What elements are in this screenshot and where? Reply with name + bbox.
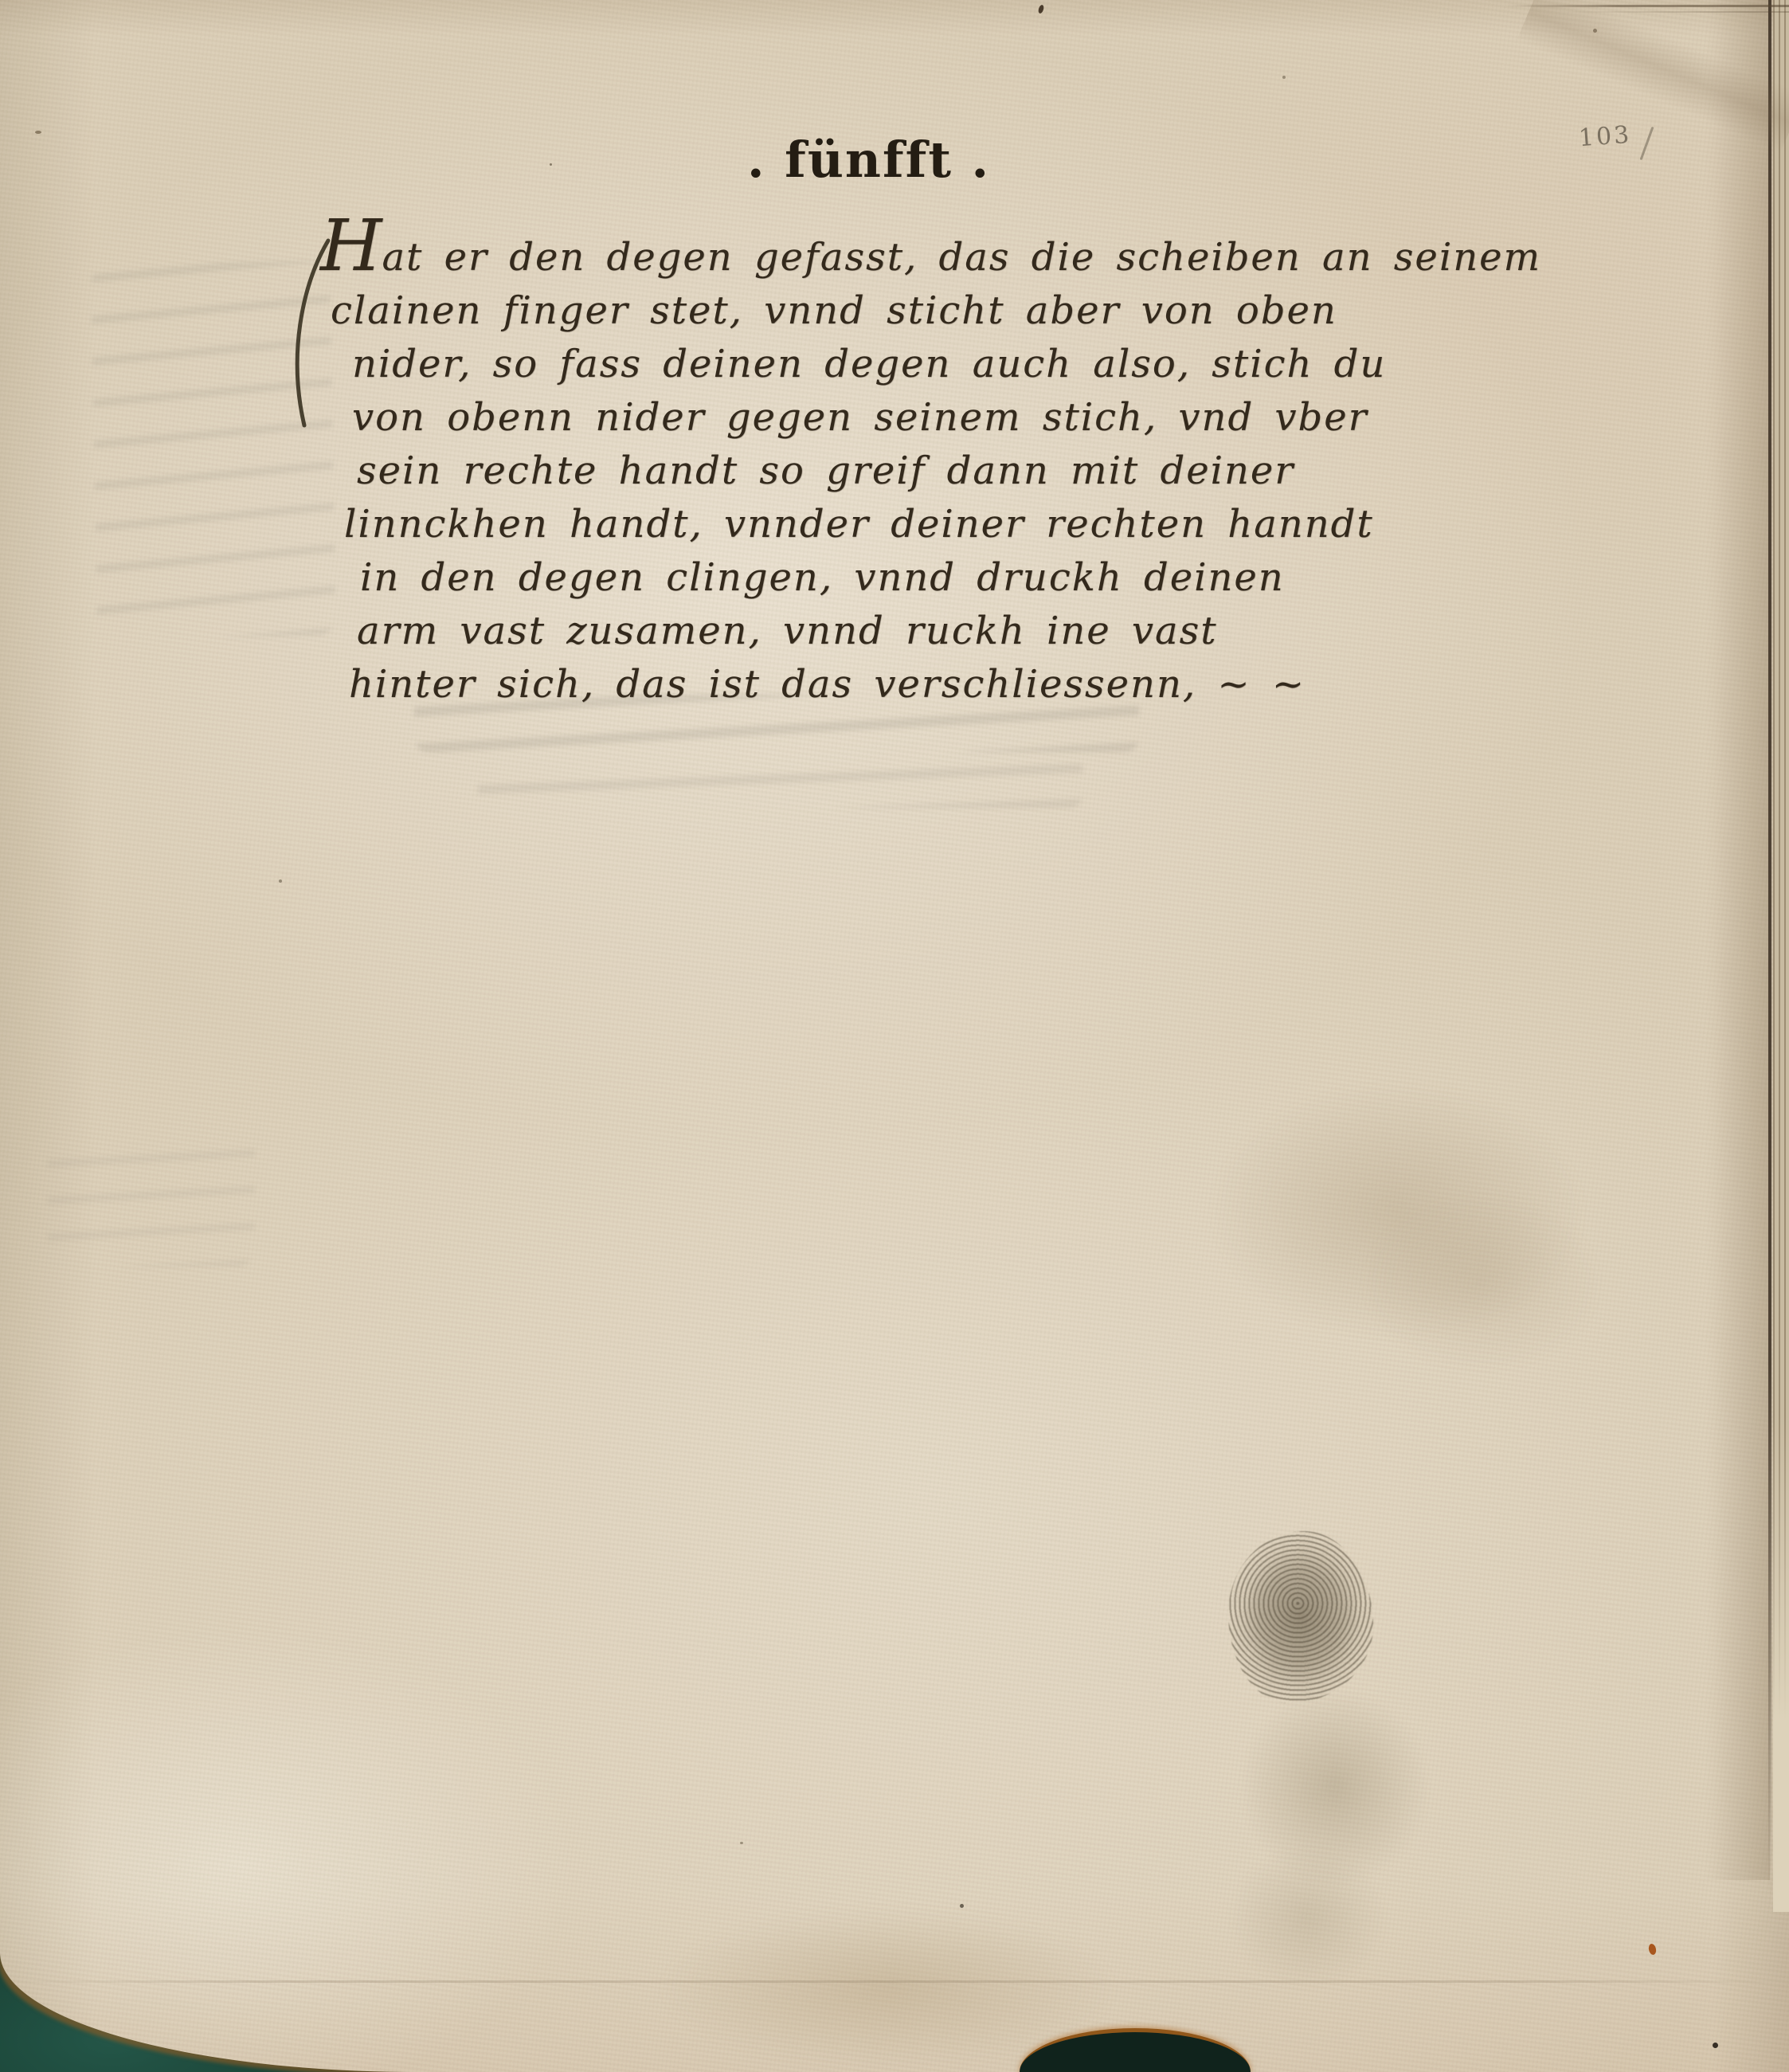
manuscript-scan: . fünfft . 103 Hat er den degen gefasst,… [0,0,1789,2072]
water-stain-small [1362,1195,1601,1370]
right-edge-shadow [1705,0,1770,1880]
foxing-speck [1282,76,1286,79]
text-line: linnckhen handt, vnnder deiner rechten h… [344,498,1541,551]
page-edge-right [1768,0,1771,1896]
handwritten-text-block: Hat er den degen gefasst, das die scheib… [347,231,1541,711]
show-through-left-lower [48,1131,255,1267]
text-line: in den degen clingen, vnnd druckh deinen [360,551,1541,605]
fingerprint-stain [1228,1531,1373,1703]
smudge-stain-2 [1231,1848,1386,1988]
foxing-speck [550,163,552,166]
underlying-page-stack-edge [1773,0,1789,1912]
text-line: von obenn nider gegen seinem stich, vnd … [352,391,1541,445]
bottom-edge-stain [661,1910,1115,2066]
horizontal-crease [0,1980,1789,1983]
foxing-speck [960,1904,964,1908]
show-through-below-text-2 [478,758,1083,808]
text-line: sein rechte handt so greif dann mit dein… [357,445,1541,498]
text-line: hinter sich, das ist das verschliessenn,… [349,658,1541,711]
text-line: nider, so fass deinen degen auch also, s… [352,338,1541,391]
foxing-speck [1713,2043,1718,2048]
text-line: clainen finger stet, vnnd sticht aber vo… [331,284,1541,338]
foxing-speck [740,1842,743,1844]
folio-number: 103 [1578,121,1633,153]
chapter-heading: . fünfft . [747,131,990,189]
foxing-speck [279,879,282,883]
text-line: Hat er den degen gefasst, das die scheib… [320,231,1541,284]
foxing-speck [35,131,41,134]
text-line: arm vast zusamen, vnnd ruckh ine vast [357,605,1541,658]
